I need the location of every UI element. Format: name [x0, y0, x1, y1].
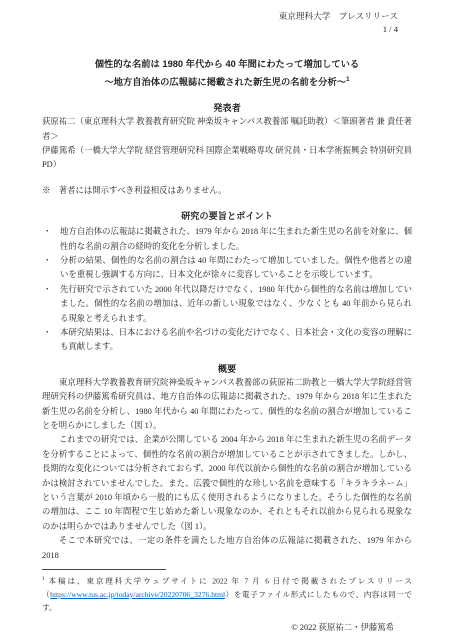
bullet-marker: ・ — [43, 225, 51, 239]
overview-paragraph: 東京理科大学教養教育研究院神楽坂キャンパス教養部の荻原祐二助教と一橋大学大学院経… — [42, 376, 412, 434]
overview-section: 概要 東京理科大学教養教育研究院神楽坂キャンパス教養部の荻原祐二助教と一橋大学大… — [42, 362, 412, 563]
bullet-marker: ・ — [43, 283, 51, 297]
title-footnote-ref: 1 — [346, 76, 350, 83]
presenters-section: 発表者 荻原祐二（東京理科大学 教養教育研究院 神楽坂キャンパス教養部 嘱託助教… — [42, 101, 412, 198]
title-line-2: ～地方自治体の広報誌に掲載された新生児の名前を分析～1 — [42, 72, 412, 90]
summary-heading: 研究の要旨とポイント — [42, 209, 412, 223]
press-release-page: 東京理科大学 プレスリリース 1 / 4 個性的な名前は 1980 年代から 4… — [0, 0, 453, 640]
overview-paragraph: これまでの研究では、企業が公開している 2004 年から 2018 年に生まれた… — [42, 433, 412, 534]
summary-point: ・分析の結果、個性的な名前の割合は 40 年間にわたって増加していました。個性や… — [42, 254, 412, 283]
header-page-number: 1 / 4 — [42, 23, 398, 36]
document-title: 個性的な名前は 1980 年代から 40 年間にわたって増加している ～地方自治… — [42, 56, 412, 90]
page-header: 東京理科大学 プレスリリース 1 / 4 — [42, 10, 398, 36]
copyright-line: © 2022 荻原祐二・伊藤篤希 — [42, 621, 394, 635]
summary-points-section: 研究の要旨とポイント ・地方自治体の広報誌に掲載された、1979 年から 201… — [42, 209, 412, 355]
summary-points-list: ・地方自治体の広報誌に掲載された、1979 年から 2018 年に生まれた新生児… — [42, 225, 412, 355]
summary-point-text: 先行研究で示されていた 2000 年代以降だけでなく、1980 年代から個性的な… — [60, 285, 412, 323]
summary-point-text: 分析の結果、個性的な名前の割合は 40 年間にわたって増加していました。個性や他… — [60, 256, 412, 279]
author-line-2: 伊藤篤希（一橋大学大学院 経営管理研究科 国際企業戦略専攻 研究員・日本学術振興… — [42, 144, 412, 173]
footnote-section: 1 本稿は、東京理科大学ウェブサイトに 2022 年 7 月 6 日付で掲載され… — [42, 569, 412, 614]
bullet-marker: ・ — [43, 254, 51, 268]
coi-note: ※ 著者には開示すべき利益相反はありません。 — [42, 184, 412, 198]
overview-heading: 概要 — [42, 362, 412, 376]
footnote-separator — [42, 569, 166, 570]
summary-point-text: 本研究結果は、日本における名前や名づけの変化だけでなく、日本社会・文化の変容の理… — [60, 328, 412, 351]
footnote: 1 本稿は、東京理科大学ウェブサイトに 2022 年 7 月 6 日付で掲載され… — [42, 573, 412, 614]
summary-point: ・本研究結果は、日本における名前や名づけの変化だけでなく、日本社会・文化の変容の… — [42, 326, 412, 355]
title-line-2-text: ～地方自治体の広報誌に掲載された新生児の名前を分析～ — [104, 77, 346, 87]
footnote-link[interactable]: https://www.tus.ac.jp/today/archive/2022… — [50, 590, 225, 599]
author-line-1: 荻原祐二（東京理科大学 教養教育研究院 神楽坂キャンパス教養部 嘱託助教）＜筆頭… — [42, 115, 412, 144]
bullet-marker: ・ — [43, 326, 51, 340]
header-org-text: 東京理科大学 プレスリリース — [42, 10, 398, 23]
presenters-heading: 発表者 — [42, 101, 412, 115]
summary-point: ・地方自治体の広報誌に掲載された、1979 年から 2018 年に生まれた新生児… — [42, 225, 412, 254]
title-line-1: 個性的な名前は 1980 年代から 40 年間にわたって増加している — [42, 56, 412, 72]
summary-point: ・先行研究で示されていた 2000 年代以降だけでなく、1980 年代から個性的… — [42, 283, 412, 326]
overview-paragraph: そこで本研究では、一定の条件を満たした地方自治体の広報誌に掲載された、1979 … — [42, 534, 412, 563]
summary-point-text: 地方自治体の広報誌に掲載された、1979 年から 2018 年に生まれた新生児の… — [60, 227, 412, 250]
